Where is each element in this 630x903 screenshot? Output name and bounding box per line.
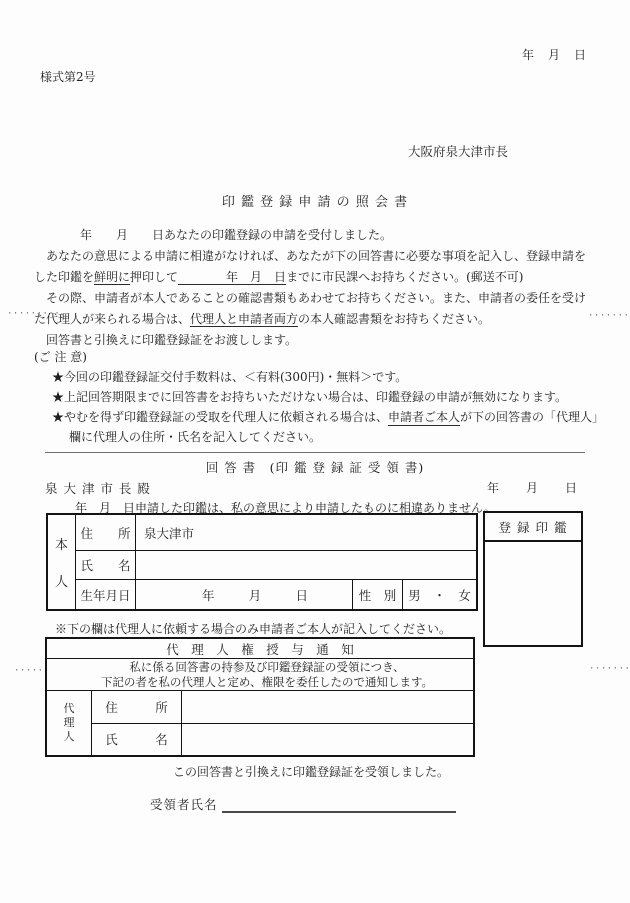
birthdate-label: 生年月日 bbox=[76, 580, 136, 609]
body-text-segment: た代理人が来られる場合は、 bbox=[34, 312, 190, 326]
side-label-char: 代 bbox=[64, 702, 75, 716]
proxy-authorization-statement: 私に係る回答書の持参及び印鑑登録証の受領につき、 下記の者を私の代理人と定め、権… bbox=[47, 659, 473, 691]
side-label-char: 人 bbox=[64, 730, 75, 744]
recipient-name-label: 受領者氏名 bbox=[150, 795, 218, 813]
applicant-side-label: 本 人 bbox=[48, 515, 76, 609]
proxy-statement-line: 下記の者を私の代理人と定め、権限を委任したので通知します。 bbox=[101, 675, 433, 690]
birth-year-label: 年 bbox=[202, 586, 215, 604]
proxy-table-title: 代 理 人 権 授 与 通 知 bbox=[47, 639, 473, 659]
birthdate-field: 年 月 日 bbox=[136, 580, 353, 609]
caution-item-proxy: ★やむを得ず印鑑登録証の受取を代理人に依頼される場合は、申請者ご本人が下の回答書… bbox=[34, 407, 600, 427]
body-paragraphs: 年 月 日あなたの印鑑登録の申請を受付しました。 あなたの意思による申請に相違が… bbox=[34, 225, 600, 350]
address-label: 住 所 bbox=[76, 515, 136, 550]
caution-text-segment: ★やむを得ず印鑑登録証の受取を代理人に依頼される場合は、 bbox=[52, 410, 388, 424]
body-line-instruction-1: あなたの意思による申請に相違がなければ、あなたが下の回答書に必要な事項を記入し、… bbox=[34, 246, 600, 267]
deadline-date-blank: 年 月 日 bbox=[178, 270, 286, 286]
reply-form-title: 回 答 書 (印 鑑 登 録 証 受 領 書) bbox=[0, 458, 630, 476]
registered-seal-title: 登 録 印 鑑 bbox=[485, 513, 581, 542]
side-label-char: 人 bbox=[55, 571, 68, 590]
body-text-segment: 回答書と引換えに印鑑登録証をお渡しします。 bbox=[46, 333, 297, 347]
body-text-segment: までに市民課へお持ちください。(郵送不可) bbox=[286, 270, 523, 284]
address-row: 住 所 泉大津市 bbox=[76, 515, 476, 550]
sex-options: 男 ・ 女 bbox=[403, 580, 476, 609]
caution-heading: (ご 注 意) bbox=[34, 347, 600, 367]
body-line-receipt-date: 年 月 日あなたの印鑑登録の申請を受付しました。 bbox=[34, 225, 600, 246]
receipt-exchange-note: この回答書と引換えに印鑑登録証を受領しました。 bbox=[0, 763, 622, 780]
address-value: 泉大津市 bbox=[136, 515, 476, 550]
fold-mark-right-bottom: ········· bbox=[589, 664, 630, 674]
name-row: 氏 名 bbox=[76, 550, 476, 579]
caution-item-deadline: ★上記回答期限までに回答書をお持ちいただけない場合は、印鑑登録の申請が無効になり… bbox=[34, 387, 600, 407]
underlined-both-parties-text: 代理人と申請者両方 bbox=[190, 312, 298, 328]
name-label: 氏 名 bbox=[76, 551, 136, 579]
birth-month-label: 月 bbox=[249, 586, 262, 604]
proxy-rows: 代 理 人 住 所 氏 名 bbox=[47, 691, 473, 755]
proxy-address-field bbox=[182, 691, 473, 723]
body-line-instruction-2: した印鑑を鮮明に押印して 年 月 日までに市民課へお持ちください。(郵送不可) bbox=[34, 267, 600, 288]
proxy-statement-line: 私に係る回答書の持参及び印鑑登録証の受領につき、 bbox=[129, 660, 404, 675]
caution-item-proxy-cont: 欄に代理人の住所・氏名を記入してください。 bbox=[34, 427, 600, 447]
underlined-clearly-text: 鮮明に bbox=[94, 270, 130, 286]
proxy-name-field bbox=[182, 724, 473, 756]
body-line-proxy-docs: た代理人が来られる場合は、代理人と申請者両方の本人確認書類をお持ちください。 bbox=[34, 309, 600, 330]
applicant-rows: 住 所 泉大津市 氏 名 生年月日 年 月 日 性 別 男 ・ 女 bbox=[76, 515, 476, 609]
proxy-name-label: 氏 名 bbox=[92, 724, 182, 756]
proxy-authorization-table: 代 理 人 権 授 与 通 知 私に係る回答書の持参及び印鑑登録証の受領につき、… bbox=[45, 637, 475, 757]
side-label-char: 理 bbox=[64, 716, 75, 730]
proxy-side-label: 代 理 人 bbox=[47, 691, 92, 755]
body-text-segment: 押印して bbox=[130, 270, 178, 284]
section-divider-line bbox=[45, 452, 585, 453]
document-title: 印 鑑 登 録 申 請 の 照 会 書 bbox=[0, 191, 630, 210]
recipient-name-signature-line bbox=[222, 811, 456, 813]
reply-addressee: 泉 大 津 市 長 殿 bbox=[45, 479, 151, 497]
addressee-mayor: 大阪府泉大津市長 bbox=[408, 142, 508, 160]
applicant-table: 本 人 住 所 泉大津市 氏 名 生年月日 年 月 日 性 別 男 ・ 女 bbox=[46, 513, 478, 611]
side-label-char: 本 bbox=[55, 534, 68, 553]
body-text-segment: 年 月 日あなたの印鑑登録の申請を受付しました。 bbox=[80, 228, 392, 242]
seal-registration-inquiry-form: ········· ········· ········· ········· … bbox=[0, 0, 630, 903]
body-text-segment: の本人確認書類をお持ちください。 bbox=[298, 312, 490, 326]
body-text-segment: その際、申請者が本人であることの確認書類もあわせてお持ちください。また、申請者の… bbox=[46, 291, 586, 305]
sex-label: 性 別 bbox=[353, 580, 403, 609]
body-text-segment: あなたの意思による申請に相違がなければ、あなたが下の回答書に必要な事項を記入し、… bbox=[46, 249, 586, 263]
reply-date-line: 年 月 日 bbox=[487, 479, 578, 496]
caution-section: (ご 注 意) ★今回の印鑑登録証交付手数料は、＜有料(300円)・無料＞です。… bbox=[34, 347, 600, 447]
proxy-address-row: 住 所 bbox=[92, 691, 473, 723]
seal-imprint-area bbox=[485, 542, 581, 645]
form-number: 様式第2号 bbox=[40, 68, 96, 85]
birthdate-row: 生年月日 年 月 日 性 別 男 ・ 女 bbox=[76, 579, 476, 609]
name-field bbox=[136, 551, 476, 579]
registered-seal-box: 登 録 印 鑑 bbox=[483, 511, 583, 647]
issue-date-line: 年 月 日 bbox=[522, 46, 587, 63]
body-line-identity-docs: その際、申請者が本人であることの確認書類もあわせてお持ちください。また、申請者の… bbox=[34, 288, 600, 309]
proxy-address-label: 住 所 bbox=[92, 691, 182, 723]
body-text-segment: した印鑑を bbox=[34, 270, 94, 284]
proxy-field-rows: 住 所 氏 名 bbox=[92, 691, 473, 755]
underlined-applicant-text: 申請者ご本人 bbox=[388, 410, 460, 426]
caution-item-fee: ★今回の印鑑登録証交付手数料は、＜有料(300円)・無料＞です。 bbox=[34, 367, 600, 387]
caution-text-segment: が下の回答書の「代理人」 bbox=[460, 410, 604, 424]
proxy-instruction-note: ※下の欄は代理人に依頼する場合のみ申請者ご本人が記入してください。 bbox=[55, 620, 451, 637]
proxy-name-row: 氏 名 bbox=[92, 723, 473, 756]
birth-day-label: 日 bbox=[295, 586, 308, 604]
